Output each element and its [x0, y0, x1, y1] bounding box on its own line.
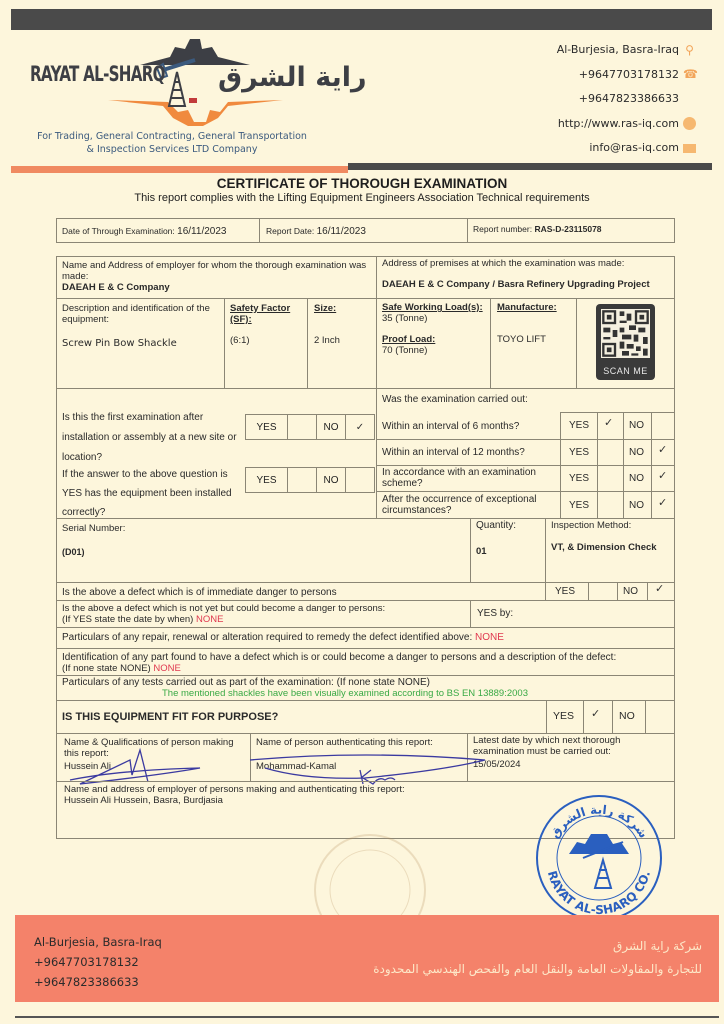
immediate-danger-question: Is the above a defect which is of immedi…	[62, 587, 337, 598]
scheme-no-check[interactable]: ✓	[658, 471, 667, 482]
method-label: Inspection Method:	[551, 520, 631, 531]
future-danger-value: NONE	[196, 614, 223, 625]
fit-yes-check[interactable]: ✓	[591, 709, 600, 720]
report-date-field: Report Date: 16/11/2023	[266, 226, 366, 237]
persons-employer-label: Name and address of employer of persons …	[64, 784, 405, 795]
proof-load-value: 70 (Tonne)	[382, 345, 427, 356]
certificate-title: CERTIFICATE OF THOROUGH EXAMINATION	[0, 176, 724, 191]
first-exam-question: Is this the first examination after inst…	[62, 408, 244, 468]
envelope-icon	[683, 144, 696, 153]
contact-phone-1: +9647703178132 ☎	[557, 63, 696, 88]
premises-label: Address of premises at which the examina…	[382, 258, 624, 269]
repair-value: NONE	[475, 632, 504, 643]
defect-part-value: NONE	[153, 663, 180, 674]
employer-value: DAEAH E & C Company	[62, 282, 170, 293]
employer-label: Name and Address of employer for whom th…	[62, 260, 372, 282]
persons-employer-value: Hussein Ali Hussein, Basra, Burdjasia	[64, 795, 223, 806]
certificate-subtitle: This report complies with the Lifting Eq…	[0, 192, 724, 204]
premises-value: DAEAH E & C Company / Basra Refinery Upg…	[382, 279, 650, 290]
equipment-desc-label: Description and identification of the eq…	[62, 303, 222, 325]
12-months-no-check[interactable]: ✓	[658, 445, 667, 456]
equipment-desc-value: Screw Pin Bow Shackle	[62, 337, 177, 350]
installed-correctly-yes-no: YES NO	[246, 467, 375, 493]
tests-label: Particulars of any tests carried out as …	[62, 677, 430, 688]
qr-scan-label: SCAN ME	[596, 366, 655, 376]
tests-value: The mentioned shackles have been visuall…	[162, 688, 528, 699]
serial-value: (D01)	[62, 547, 85, 558]
contact-phone-2: +9647823386633	[557, 87, 696, 112]
installed-no-checkbox[interactable]	[345, 467, 375, 493]
6-months-yes-check[interactable]: ✓	[604, 418, 613, 429]
contact-website[interactable]: http://www.ras-iq.com	[557, 112, 696, 137]
installed-yes-checkbox[interactable]	[287, 467, 317, 493]
carried-out-q-12-months: Within an interval of 12 months?	[382, 447, 525, 458]
fit-for-purpose-question: IS THIS EQUIPMENT FIT FOR PURPOSE?	[62, 712, 278, 723]
contact-address: Al-Burjesia, Basra-Iraq ⚲	[557, 38, 696, 63]
company-stamp: RAYAT AL-SHARQ CO. شركة راية الشرق	[533, 792, 665, 924]
method-value: VT, & Dimension Check	[551, 542, 657, 553]
repair-field: Particulars of any repair, renewal or al…	[62, 632, 504, 643]
carried-out-q-scheme: In accordance with an examination scheme…	[382, 467, 557, 489]
logo-english: RAYAT AL-SHARQ	[30, 62, 165, 86]
footer-contact: Al-Burjesia, Basra-Iraq +9647703178132 +…	[34, 932, 162, 992]
swl-value: 35 (Tonne)	[382, 313, 427, 324]
safety-factor-label: Safety Factor (SF):	[230, 303, 300, 325]
immediate-danger-no-check[interactable]: ✓	[655, 584, 664, 595]
future-danger-instruction: (If YES state the date by when) NONE	[62, 614, 223, 625]
manufacture-value: TOYO LIFT	[497, 334, 546, 345]
logo-arabic: راية الشرق	[218, 62, 367, 93]
quantity-value: 01	[476, 546, 487, 557]
exam-date-field: Date of Through Examination: 16/11/2023	[62, 226, 226, 237]
qr-code-icon	[601, 309, 650, 358]
defect-part-label: Identification of any part found to have…	[62, 652, 616, 663]
qr-code[interactable]: SCAN ME	[596, 304, 655, 380]
contact-block: Al-Burjesia, Basra-Iraq ⚲ +9647703178132…	[557, 38, 696, 161]
authenticator-signature	[245, 750, 495, 788]
company-tagline: For Trading, General Contracting, Genera…	[22, 130, 322, 156]
carried-out-q-6-months: Within an interval of 6 months?	[382, 421, 519, 432]
report-number-field: Report number: RAS-D-23115078	[473, 224, 602, 235]
yes-by-label: YES by:	[477, 608, 513, 619]
contact-email[interactable]: info@ras-iq.com	[557, 136, 696, 161]
defect-part-instruction: (If none state NONE) NONE	[62, 663, 181, 674]
size-value: 2 Inch	[314, 335, 340, 346]
swl-label: Safe Working Load(s):	[382, 302, 483, 313]
first-exam-yes-no: YES NO ✓	[246, 414, 375, 440]
serial-label: Serial Number:	[62, 523, 125, 534]
size-label: Size:	[314, 303, 336, 314]
future-danger-question: Is the above a defect which is not yet b…	[62, 603, 385, 614]
globe-icon	[683, 117, 696, 130]
next-exam-label: Latest date by which next thorough exami…	[473, 735, 653, 757]
footer-rule	[15, 1016, 719, 1018]
phone-icon: ☎	[683, 68, 696, 81]
quantity-label: Quantity:	[476, 520, 516, 531]
header-rule-orange	[11, 166, 348, 173]
carried-out-label: Was the examination carried out:	[382, 394, 528, 405]
proof-load-label: Proof Load:	[382, 334, 435, 345]
footer-arabic: شركة راية الشرق للتجارة والمقاولات العام…	[373, 935, 702, 981]
location-pin-icon: ⚲	[683, 44, 696, 57]
exceptional-no-check[interactable]: ✓	[658, 498, 667, 509]
first-exam-no-checkbox[interactable]: ✓	[345, 414, 375, 440]
carried-out-q-exceptional: After the occurrence of exceptional circ…	[382, 494, 557, 516]
header-rule-gray	[348, 163, 712, 170]
manufacture-label: Manufacture:	[497, 302, 557, 313]
safety-factor-value: (6:1)	[230, 335, 250, 346]
authenticator-label: Name of person authenticating this repor…	[256, 737, 433, 748]
first-exam-yes-checkbox[interactable]	[287, 414, 317, 440]
header-top-bar	[11, 9, 712, 30]
installed-correctly-question: If the answer to the above question is Y…	[62, 465, 244, 522]
